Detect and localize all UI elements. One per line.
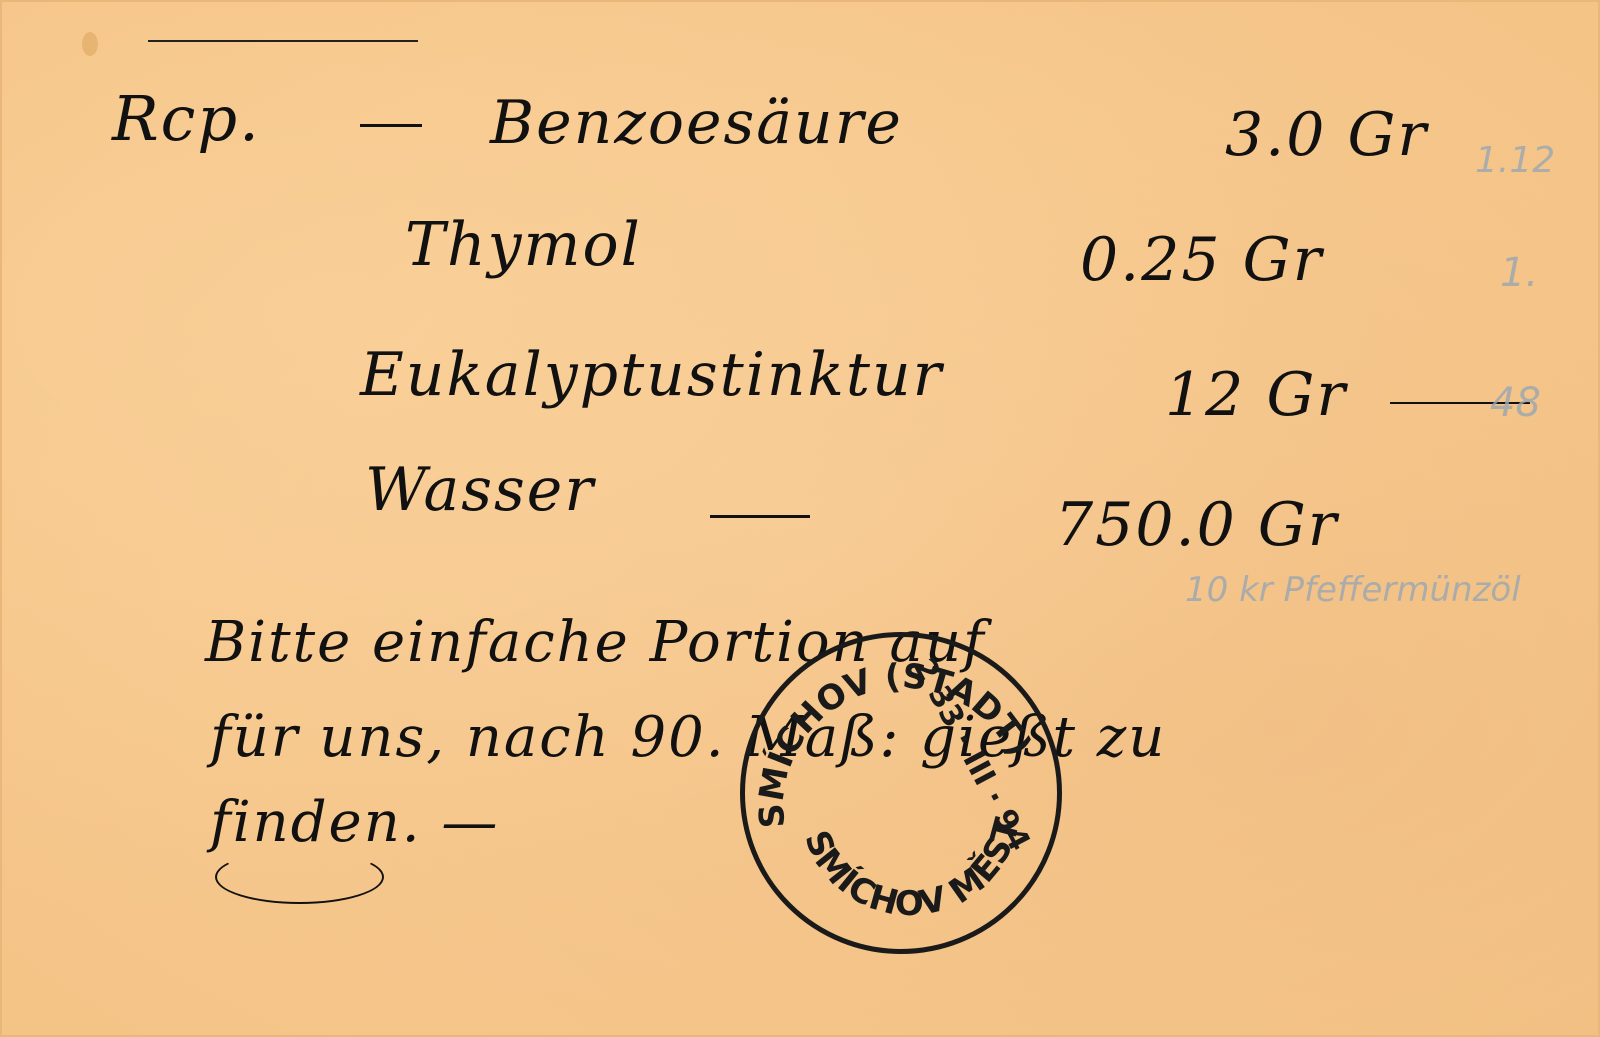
item-name: Benzoesäure: [490, 88, 903, 158]
item-name: Thymol: [405, 210, 642, 280]
dash: [360, 124, 422, 127]
postcard: Rcp. Benzoesäure 3.0 Gr 1.12 Thymol 0.25…: [0, 0, 1600, 1037]
item-name: Eukalyptustinktur: [360, 340, 943, 410]
item-amount: 750.0 Gr: [1055, 490, 1338, 560]
postmark-stamp: SMÍCHOV (STADT) SMÍCHOV MĚSTO 2 33 · III…: [740, 632, 1062, 954]
item-name: Wasser: [365, 455, 595, 525]
flourish: [215, 850, 384, 904]
paper-stain: [82, 32, 98, 56]
item-amount: 3.0 Gr: [1225, 100, 1428, 170]
item-amount: 12 Gr: [1165, 360, 1347, 430]
pencil-note: 1.12: [1475, 140, 1555, 181]
dash: [710, 515, 810, 518]
pencil-note: 48: [1490, 380, 1541, 426]
pencil-note: 1.: [1500, 250, 1538, 296]
prescription-heading: Rcp.: [112, 82, 261, 155]
pencil-note: 10 kr Pfeffermünzöl: [1185, 570, 1521, 610]
item-amount: 0.25 Gr: [1080, 225, 1323, 295]
note-line: finden. —: [210, 790, 499, 855]
rx-overline: [148, 40, 418, 42]
